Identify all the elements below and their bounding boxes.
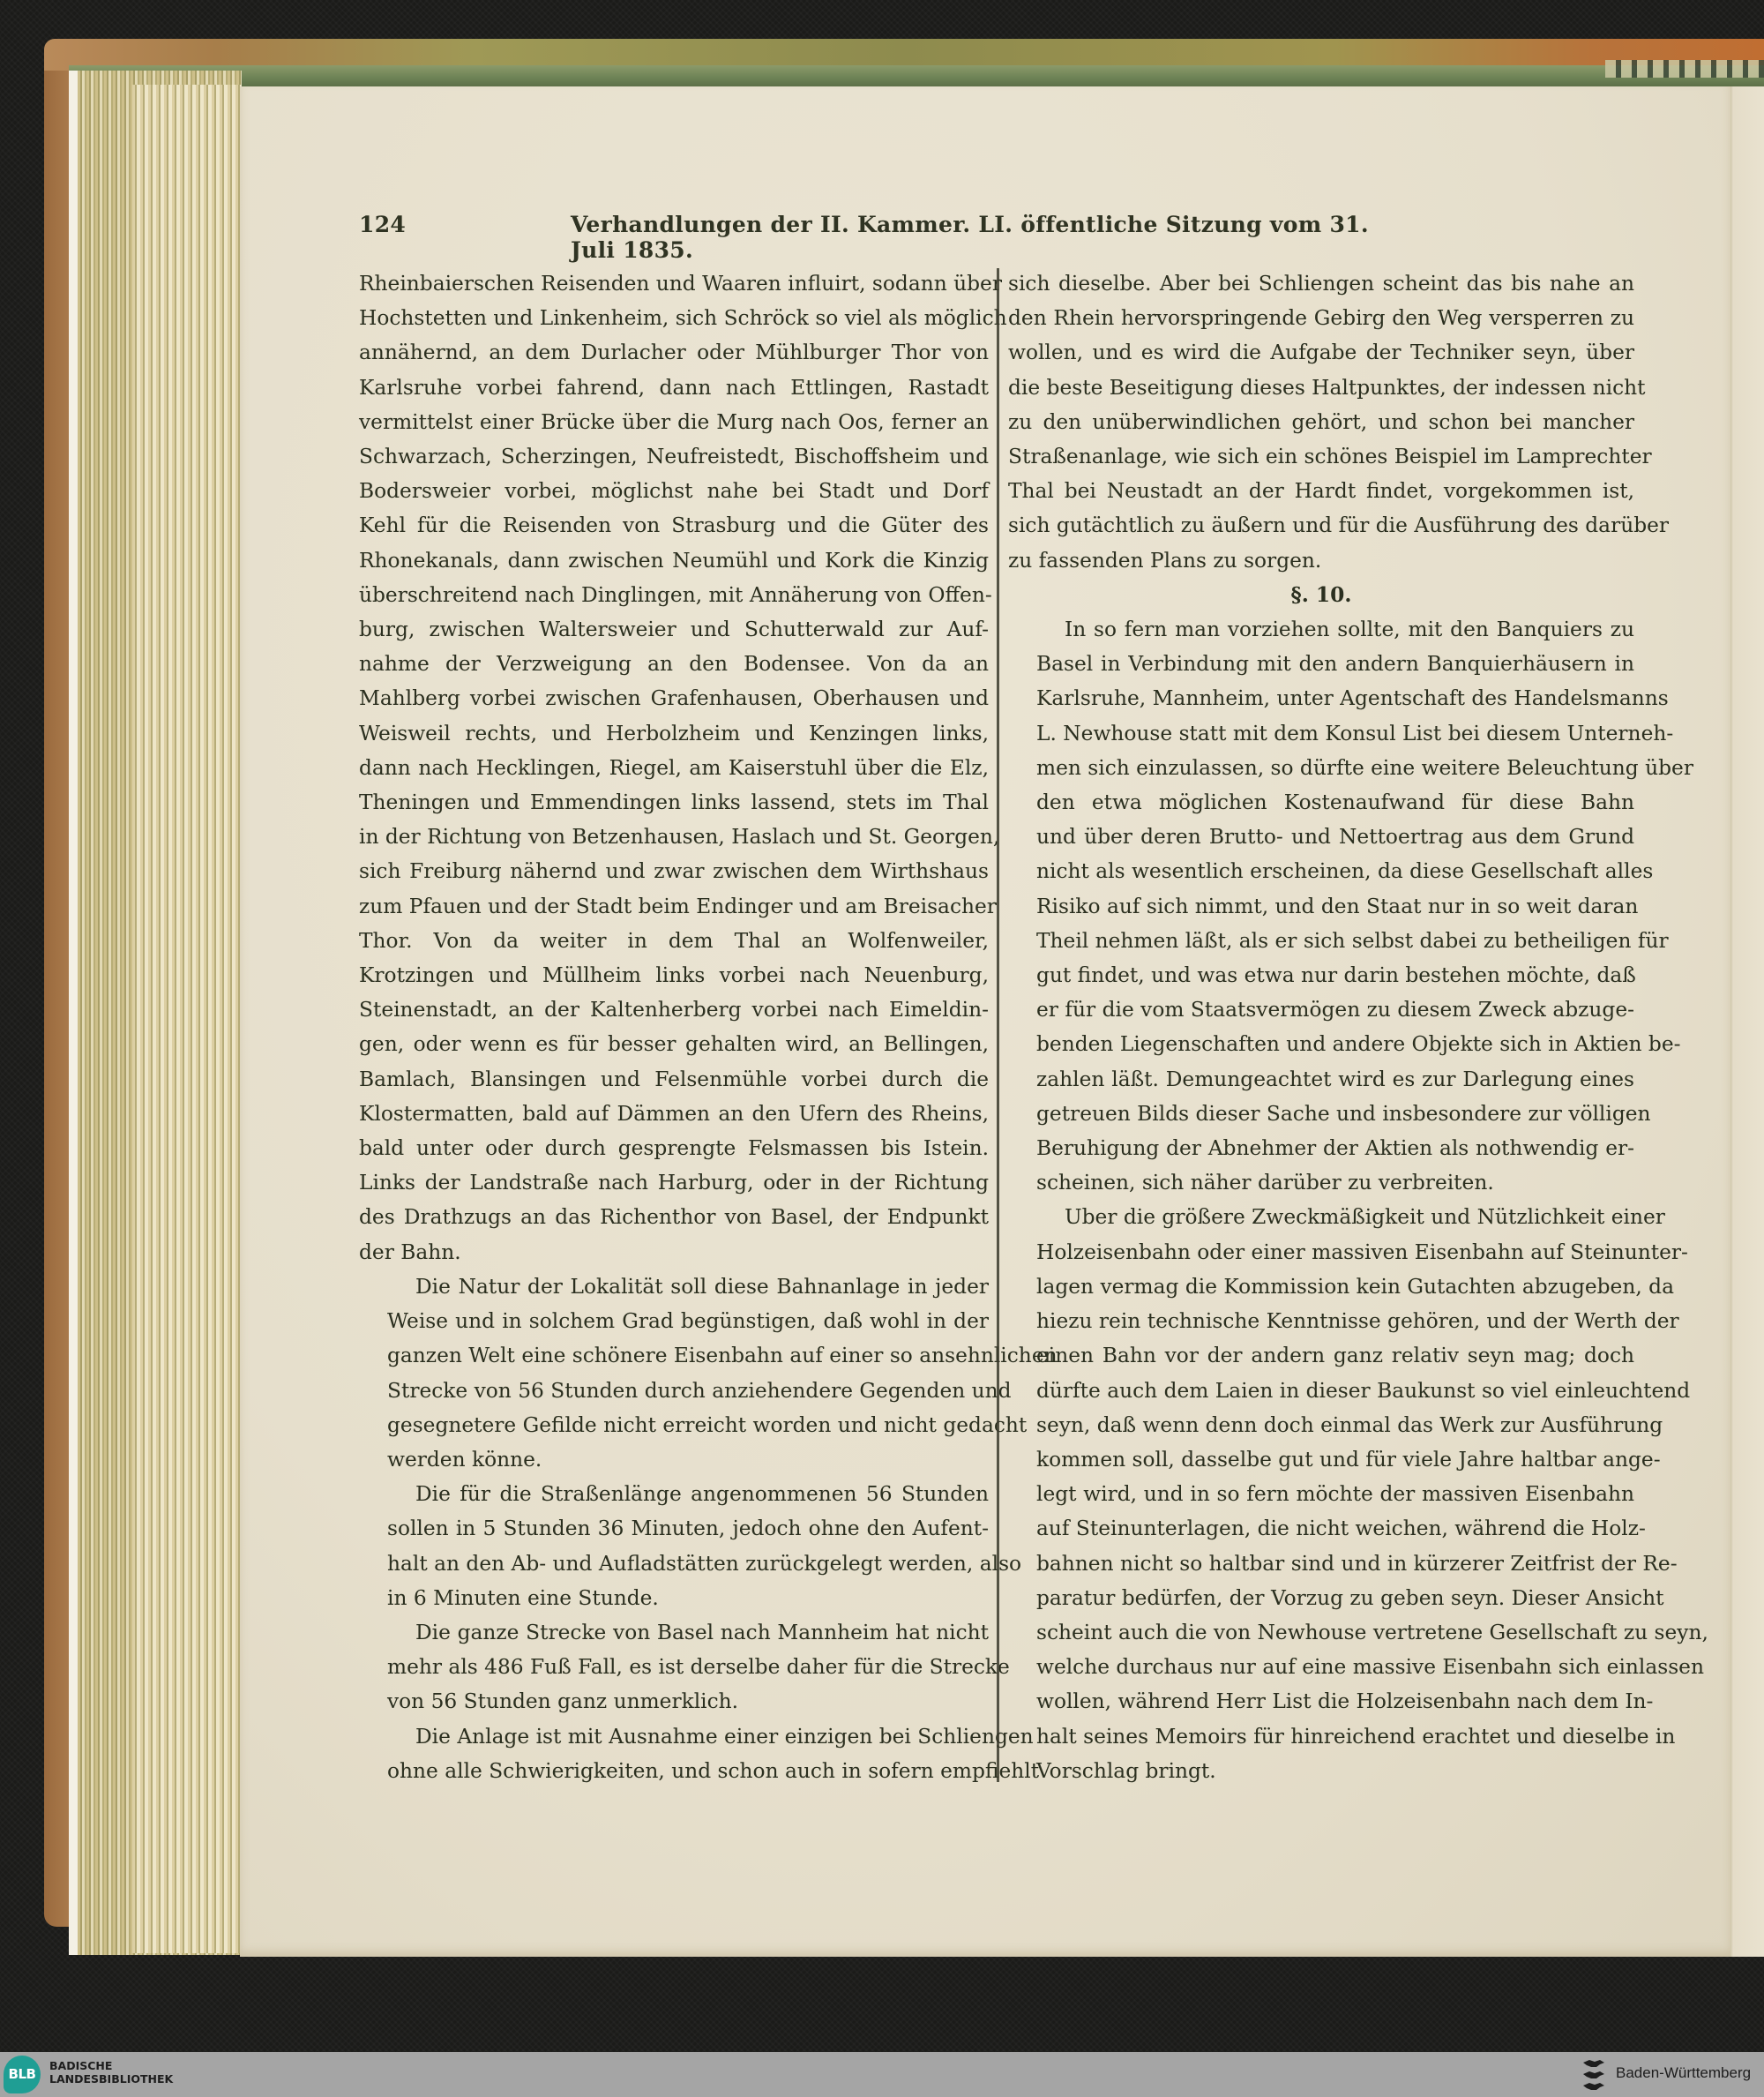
text-line: Holzeisenbahn oder einer massiven Eisenb…: [1008, 1235, 1634, 1269]
text-line: annähernd, an dem Durlacher oder Mühlbur…: [359, 335, 989, 370]
text-line: getreuen Bilds dieser Sache und insbeson…: [1008, 1097, 1634, 1131]
section-heading: §. 10.: [1008, 578, 1634, 612]
text-line: sich gutächtlich zu äußern und für die A…: [1008, 508, 1634, 543]
text-line: gut findet, und was etwa nur darin beste…: [1008, 958, 1634, 992]
text-line: nicht als wesentlich erscheinen, da dies…: [1008, 854, 1634, 888]
text-line: sich Freiburg nähernd und zwar zwischen …: [359, 854, 989, 888]
text-line: hiezu rein technische Kenntnisse gehören…: [1008, 1304, 1634, 1338]
text-line: Basel in Verbindung mit den andern Banqu…: [1008, 647, 1634, 681]
text-line: halt an den Ab- und Aufladstätten zurück…: [359, 1547, 989, 1581]
text-line: von 56 Stunden ganz unmerklich.: [359, 1684, 989, 1719]
text-line: wollen, und es wird die Aufgabe der Tech…: [1008, 335, 1634, 370]
column-divider-rule: [997, 268, 999, 1782]
text-line: Rhonekanals, dann zwischen Neumühl und K…: [359, 543, 989, 578]
baden-wuerttemberg-coat-of-arms-icon: [1581, 2057, 1607, 2093]
text-line: Hochstetten und Linkenheim, sich Schröck…: [359, 301, 989, 335]
text-line: Die Anlage ist mit Ausnahme einer einzig…: [359, 1719, 989, 1754]
text-line: welche durchaus nur auf eine massive Eis…: [1008, 1650, 1634, 1684]
footer-bar: BLB BADISCHE LANDESBIBLIOTHEK Baden-Würt…: [0, 2052, 1764, 2097]
running-head: 124 Verhandlungen der II. Kammer. LI. öf…: [359, 212, 1400, 247]
text-line: Bamlach, Blansingen und Felsenmühle vorb…: [359, 1062, 989, 1097]
running-head-title: Verhandlungen der II. Kammer. LI. öffent…: [571, 212, 1400, 263]
text-line: die beste Beseitigung dieses Haltpunktes…: [1008, 371, 1634, 405]
library-name: BADISCHE LANDESBIBLIOTHEK: [49, 2059, 173, 2086]
text-line: Rheinbaierschen Reisenden und Waaren inf…: [359, 266, 989, 301]
text-line: des Drathzugs an das Richenthor von Base…: [359, 1200, 989, 1234]
text-line: und über deren Brutto- und Nettoertrag a…: [1008, 820, 1634, 854]
text-line: Theil nehmen läßt, als er sich selbst da…: [1008, 924, 1634, 958]
text-line: Die für die Straßenlänge angenommenen 56…: [359, 1477, 989, 1511]
text-line: sollen in 5 Stunden 36 Minuten, jedoch o…: [359, 1511, 989, 1546]
book-headband: [69, 65, 1764, 86]
text-line: Strecke von 56 Stunden durch anziehender…: [359, 1374, 989, 1408]
state-name: Baden-Württemberg: [1616, 2064, 1751, 2082]
paragraph: sich dieselbe. Aber bei Schliengen schei…: [1008, 266, 1634, 578]
text-line: zum Pfauen und der Stadt beim Endinger u…: [359, 889, 989, 924]
text-line: men sich einzulassen, so dürfte eine wei…: [1008, 751, 1634, 785]
facing-page-edge: [1730, 86, 1764, 1957]
paragraph: Die Natur der Lokalität soll diese Bahna…: [359, 1269, 989, 1477]
text-line: Krotzingen und Müllheim links vorbei nac…: [359, 958, 989, 992]
text-line: der Bahn.: [359, 1235, 989, 1269]
text-line: ohne alle Schwierigkeiten, und schon auc…: [359, 1754, 989, 1788]
text-line: gesegnetere Gefilde nicht erreicht worde…: [359, 1408, 989, 1442]
text-line: Kehl für die Reisenden von Strasburg und…: [359, 508, 989, 543]
paragraph: Uber die größere Zweckmäßigkeit und Nütz…: [1008, 1200, 1634, 1787]
text-line: In so fern man vorziehen sollte, mit den…: [1008, 612, 1634, 647]
text-line: sich dieselbe. Aber bei Schliengen schei…: [1008, 266, 1634, 301]
text-line: Schwarzach, Scherzingen, Neufreistedt, B…: [359, 439, 989, 474]
text-line: scheint auch die von Newhouse vertretene…: [1008, 1615, 1634, 1650]
text-line: Vorschlag bringt.: [1008, 1754, 1634, 1788]
text-line: er für die vom Staatsvermögen zu diesem …: [1008, 992, 1634, 1027]
text-line: auf Steinunterlagen, die nicht weichen, …: [1008, 1511, 1634, 1546]
text-line: einen Bahn vor der andern ganz relativ s…: [1008, 1338, 1634, 1373]
text-line: Karlsruhe, Mannheim, unter Agentschaft d…: [1008, 681, 1634, 715]
text-line: Straßenanlage, wie sich ein schönes Beis…: [1008, 439, 1634, 474]
text-line: wollen, während Herr List die Holzeisenb…: [1008, 1684, 1634, 1719]
paragraph: In so fern man vorziehen sollte, mit den…: [1008, 612, 1634, 1200]
text-line: mehr als 486 Fuß Fall, es ist derselbe d…: [359, 1650, 989, 1684]
text-line: Mahlberg vorbei zwischen Grafenhausen, O…: [359, 681, 989, 715]
text-line: bahnen nicht so haltbar sind und in kürz…: [1008, 1547, 1634, 1581]
text-line: zu fassenden Plans zu sorgen.: [1008, 543, 1634, 578]
text-line: Risiko auf sich nimmt, und den Staat nur…: [1008, 889, 1634, 924]
text-line: benden Liegenschaften und andere Objekte…: [1008, 1027, 1634, 1061]
text-line: bald unter oder durch gesprengte Felsmas…: [359, 1131, 989, 1165]
text-line: nahme der Verzweigung an den Bodensee. V…: [359, 647, 989, 681]
book-headband-stitching: [1605, 60, 1764, 78]
blb-logo-icon[interactable]: BLB: [4, 2056, 41, 2093]
text-line: Uber die größere Zweckmäßigkeit und Nütz…: [1008, 1200, 1634, 1234]
page-number: 124: [359, 212, 406, 237]
text-line: den etwa möglichen Kostenaufwand für die…: [1008, 785, 1634, 820]
text-line: Klostermatten, bald auf Dämmen an den Uf…: [359, 1097, 989, 1131]
right-text-column: sich dieselbe. Aber bei Schliengen schei…: [1008, 266, 1634, 1788]
paragraph: Rheinbaierschen Reisenden und Waaren inf…: [359, 266, 989, 1269]
text-line: in 6 Minuten eine Stunde.: [359, 1581, 989, 1615]
text-line: vermittelst einer Brücke über die Murg n…: [359, 405, 989, 439]
paragraph: Die Anlage ist mit Ausnahme einer einzig…: [359, 1719, 989, 1788]
text-line: werden könne.: [359, 1442, 989, 1477]
text-line: Steinenstadt, an der Kaltenherberg vorbe…: [359, 992, 989, 1027]
text-line: zu den unüberwindlichen gehört, und scho…: [1008, 405, 1634, 439]
text-line: seyn, daß wenn denn doch einmal das Werk…: [1008, 1408, 1634, 1442]
page-block-inner-edges: [132, 85, 242, 1953]
text-line: überschreitend nach Dinglingen, mit Annä…: [359, 578, 989, 612]
text-line: halt seines Memoirs für hinreichend erac…: [1008, 1719, 1634, 1754]
text-line: dann nach Hecklingen, Riegel, am Kaisers…: [359, 751, 989, 785]
text-line: ganzen Welt eine schönere Eisenbahn auf …: [359, 1338, 989, 1373]
text-line: Die ganze Strecke von Basel nach Mannhei…: [359, 1615, 989, 1650]
text-line: Weise und in solchem Grad begünstigen, d…: [359, 1304, 989, 1338]
text-line: burg, zwischen Waltersweier und Schutter…: [359, 612, 989, 647]
text-line: legt wird, und in so fern möchte der mas…: [1008, 1477, 1634, 1511]
text-line: paratur bedürfen, der Vorzug zu geben se…: [1008, 1581, 1634, 1615]
text-line: in der Richtung von Betzenhausen, Haslac…: [359, 820, 989, 854]
text-line: gen, oder wenn es für besser gehalten wi…: [359, 1027, 989, 1061]
text-line: kommen soll, dasselbe gut und für viele …: [1008, 1442, 1634, 1477]
text-line: Die Natur der Lokalität soll diese Bahna…: [359, 1269, 989, 1304]
text-line: Thal bei Neustadt an der Hardt findet, v…: [1008, 474, 1634, 508]
text-line: dürfte auch dem Laien in dieser Baukunst…: [1008, 1374, 1634, 1408]
library-name-line2: LANDESBIBLIOTHEK: [49, 2072, 173, 2086]
text-line: Thor. Von da weiter in dem Thal an Wolfe…: [359, 924, 989, 958]
text-line: Beruhigung der Abnehmer der Aktien als n…: [1008, 1131, 1634, 1165]
paragraph: Die ganze Strecke von Basel nach Mannhei…: [359, 1615, 989, 1719]
text-line: Bodersweier vorbei, möglichst nahe bei S…: [359, 474, 989, 508]
text-line: scheinen, sich näher darüber zu verbreit…: [1008, 1165, 1634, 1200]
text-line: den Rhein hervorspringende Gebirg den We…: [1008, 301, 1634, 335]
text-line: Weisweil rechts, und Herbolzheim und Ken…: [359, 716, 989, 751]
paragraph: Die für die Straßenlänge angenommenen 56…: [359, 1477, 989, 1615]
text-line: lagen vermag die Kommission kein Gutacht…: [1008, 1269, 1634, 1304]
text-line: zahlen läßt. Demungeachtet wird es zur D…: [1008, 1062, 1634, 1097]
text-line: L. Newhouse statt mit dem Konsul List be…: [1008, 716, 1634, 751]
text-line: Karlsruhe vorbei fahrend, dann nach Ettl…: [359, 371, 989, 405]
text-line: Links der Landstraße nach Harburg, oder …: [359, 1165, 989, 1200]
library-name-line1: BADISCHE: [49, 2059, 173, 2072]
left-text-column: Rheinbaierschen Reisenden und Waaren inf…: [359, 266, 989, 1788]
text-line: Theningen und Emmendingen links lassend,…: [359, 785, 989, 820]
